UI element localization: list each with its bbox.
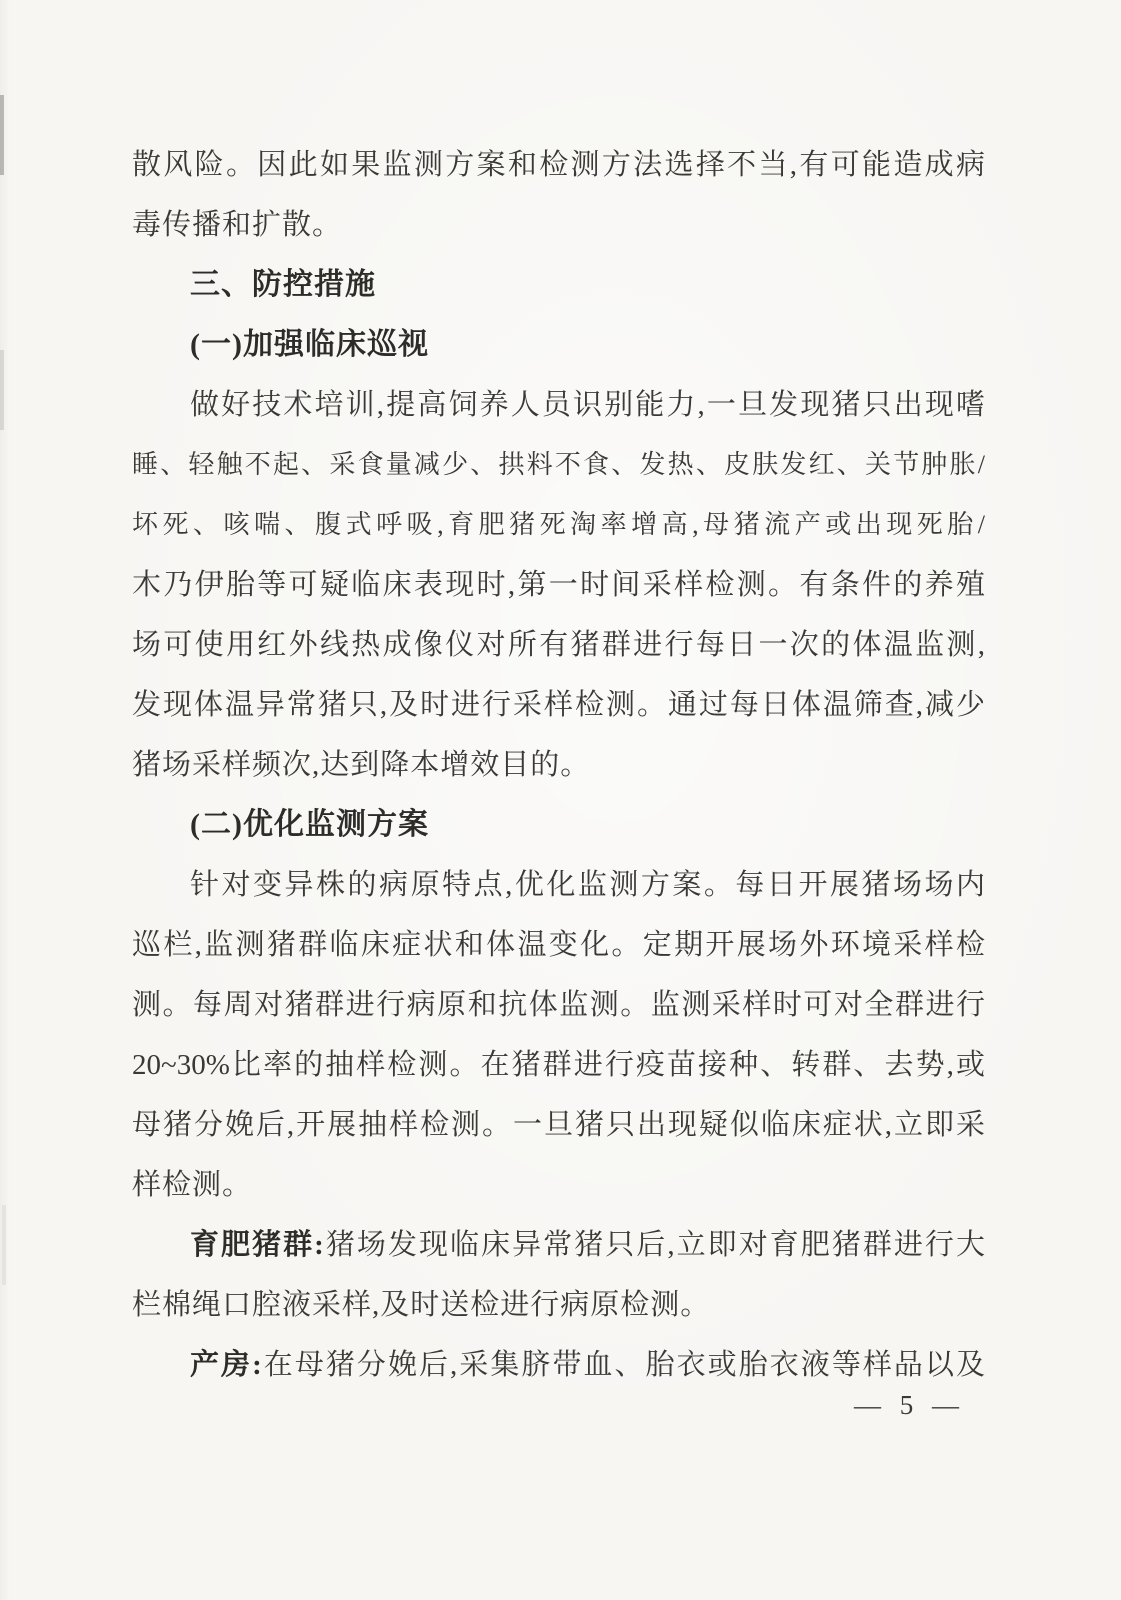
text-line: 母猪分娩后,开展抽样检测。一旦猪只出现疑似临床症状,立即采	[132, 1095, 985, 1155]
text-line: 散风险。因此如果监测方案和检测方法选择不当,有可能造成病	[132, 135, 985, 195]
text-line: 坏死、咳喘、腹式呼吸,育肥猪死淘率增高,母猪流产或出现死胎/	[132, 495, 985, 555]
text-run: 在母猪分娩后,采集脐带血、胎衣或胎衣液等样品以及	[262, 1349, 985, 1381]
page-number: — 5 —	[854, 1383, 965, 1427]
subsection-heading: (一)加强临床巡视	[132, 315, 985, 375]
text-line: 做好技术培训,提高饲养人员识别能力,一旦发现猪只出现嗜	[132, 375, 985, 435]
text-line: 巡栏,监测猪群临床症状和体温变化。定期开展场外环境采样检	[132, 915, 985, 975]
text-line: 毒传播和扩散。	[132, 195, 985, 255]
text-block: 散风险。因此如果监测方案和检测方法选择不当,有可能造成病 毒传播和扩散。 三、防…	[132, 135, 985, 1395]
text-line: 栏棉绳口腔液采样,及时送检进行病原检测。	[132, 1275, 985, 1335]
text-line: 猪场采样频次,达到降本增效目的。	[132, 735, 985, 795]
run-in-heading: 育肥猪群:	[190, 1229, 324, 1261]
text-line: 针对变异株的病原特点,优化监测方案。每日开展猪场场内	[132, 855, 985, 915]
text-line: 测。每周对猪群进行病原和抗体监测。监测采样时可对全群进行	[132, 975, 985, 1035]
text-line: 场可使用红外线热成像仪对所有猪群进行每日一次的体温监测,	[132, 615, 985, 675]
text-line: 20~30%比率的抽样检测。在猪群进行疫苗接种、转群、去势,或	[132, 1035, 985, 1095]
section-heading: 三、防控措施	[132, 255, 985, 315]
text-line: 样检测。	[132, 1155, 985, 1215]
text-line: 木乃伊胎等可疑临床表现时,第一时间采样检测。有条件的养殖	[132, 555, 985, 615]
run-in-heading: 产房:	[190, 1349, 262, 1381]
subsection-heading: (二)优化监测方案	[132, 795, 985, 855]
text-run: 猪场发现临床异常猪只后,立即对育肥猪群进行大	[324, 1229, 985, 1261]
document-page: 散风险。因此如果监测方案和检测方法选择不当,有可能造成病 毒传播和扩散。 三、防…	[0, 0, 1121, 1600]
text-line: 睡、轻触不起、采食量减少、拱料不食、发热、皮肤发红、关节肿胀/	[132, 435, 985, 495]
text-line: 育肥猪群:猪场发现临床异常猪只后,立即对育肥猪群进行大	[132, 1215, 985, 1275]
text-line: 发现体温异常猪只,及时进行采样检测。通过每日体温筛查,减少	[132, 675, 985, 735]
